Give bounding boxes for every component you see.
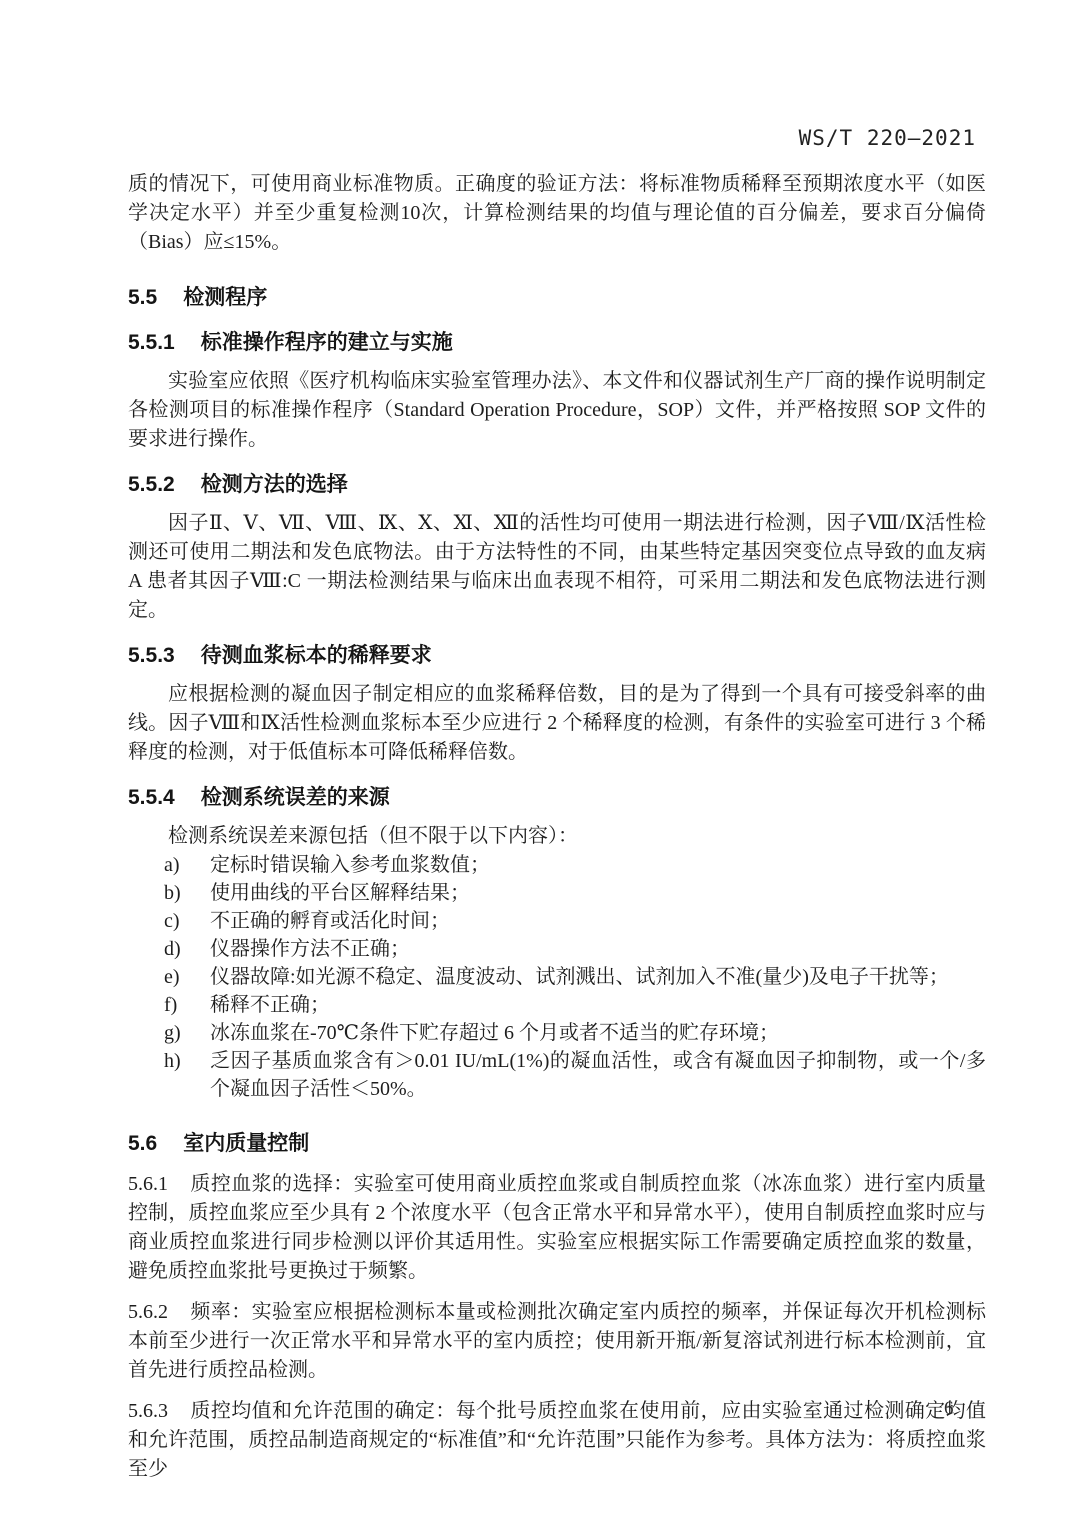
list-item-label: f) [164,991,210,1019]
page-number: 6 [944,1398,954,1420]
list-item-text: 稀释不正确； [210,991,986,1019]
list-item: b) 使用曲线的平台区解释结果； [164,879,986,907]
list-item-text: 使用曲线的平台区解释结果； [210,879,986,907]
list-item-label: g) [164,1019,210,1047]
list-item-text: 不正确的孵育或活化时间； [210,907,986,935]
list-item-label: h) [164,1047,210,1075]
error-source-list: a) 定标时错误输入参考血浆数值； b) 使用曲线的平台区解释结果； c) 不正… [128,851,986,1103]
section-number: 5.6.3 [128,1400,168,1422]
section-title: 室内质量控制 [183,1132,309,1155]
paragraph-5-6-1: 5.6.1质控血浆的选择：实验室可使用商业质控血浆或自制质控血浆（冰冻血浆）进行… [128,1170,986,1286]
section-title: 检测方法的选择 [201,473,348,496]
list-item: g) 冰冻血浆在-70℃条件下贮存超过 6 个月或者不适当的贮存环境； [164,1019,986,1047]
list-item: f) 稀释不正确； [164,991,986,1019]
section-title: 检测系统误差的来源 [201,786,390,809]
continued-paragraph: 质的情况下，可使用商业标准物质。正确度的验证方法：将标准物质稀释至预期浓度水平（… [128,170,986,257]
list-item-label: b) [164,879,210,907]
heading-5-5-2: 5.5.2检测方法的选择 [128,470,986,499]
page-content: 质的情况下，可使用商业标准物质。正确度的验证方法：将标准物质稀释至预期浓度水平（… [128,170,986,1484]
list-item: h) 乏因子基质血浆含有＞0.01 IU/mL(1%)的凝血活性，或含有凝血因子… [164,1047,986,1103]
paragraph-5-6-3: 5.6.3质控均值和允许范围的确定：每个批号质控血浆在使用前，应由实验室通过检测… [128,1397,986,1484]
list-item-text: 定标时错误输入参考血浆数值； [210,851,986,879]
section-title: 标准操作程序的建立与实施 [201,331,453,354]
list-item: e) 仪器故障:如光源不稳定、温度波动、试剂溅出、试剂加入不准(量少)及电子干扰… [164,963,986,991]
heading-5-5-4: 5.5.4检测系统误差的来源 [128,783,986,812]
standard-number-header: WS/T 220—2021 [799,126,976,150]
paragraph-5-5-3: 应根据检测的凝血因子制定相应的血浆稀释倍数，目的是为了得到一个具有可接受斜率的曲… [128,680,986,767]
section-number: 5.6 [128,1132,157,1155]
heading-5-6: 5.6室内质量控制 [128,1129,986,1158]
list-item: c) 不正确的孵育或活化时间； [164,907,986,935]
section-number: 5.5 [128,286,157,309]
list-item-text: 仪器故障:如光源不稳定、温度波动、试剂溅出、试剂加入不准(量少)及电子干扰等； [210,963,986,991]
list-item-label: c) [164,907,210,935]
list-item-text: 冰冻血浆在-70℃条件下贮存超过 6 个月或者不适当的贮存环境； [210,1019,986,1047]
heading-5-5: 5.5检测程序 [128,283,986,312]
list-item-label: a) [164,851,210,879]
paragraph-text: 质控均值和允许范围的确定：每个批号质控血浆在使用前，应由实验室通过检测确定均值和… [128,1400,986,1480]
list-item: d) 仪器操作方法不正确； [164,935,986,963]
paragraph-5-5-1: 实验室应依照《医疗机构临床实验室管理办法》、本文件和仪器试剂生产厂商的操作说明制… [128,367,986,454]
section-number: 5.5.2 [128,473,175,496]
list-item: a) 定标时错误输入参考血浆数值； [164,851,986,879]
list-item-label: d) [164,935,210,963]
section-number: 5.5.3 [128,644,175,667]
paragraph-text: 质控血浆的选择：实验室可使用商业质控血浆或自制质控血浆（冰冻血浆）进行室内质量控… [128,1173,986,1282]
section-number: 5.5.1 [128,331,175,354]
section-number: 5.6.2 [128,1301,168,1323]
paragraph-5-5-2: 因子Ⅱ、Ⅴ、Ⅶ、Ⅷ、Ⅸ、Ⅹ、Ⅺ、Ⅻ的活性均可使用一期法进行检测，因子Ⅷ/Ⅸ活性检… [128,509,986,625]
section-title: 检测程序 [183,286,267,309]
heading-5-5-3: 5.5.3待测血浆标本的稀释要求 [128,641,986,670]
list-item-text: 仪器操作方法不正确； [210,935,986,963]
section-title: 待测血浆标本的稀释要求 [201,644,432,667]
section-number: 5.6.1 [128,1173,168,1195]
paragraph-5-6-2: 5.6.2频率：实验室应根据检测标本量或检测批次确定室内质控的频率，并保证每次开… [128,1298,986,1385]
list-item-label: e) [164,963,210,991]
section-number: 5.5.4 [128,786,175,809]
document-page: WS/T 220—2021 质的情况下，可使用商业标准物质。正确度的验证方法：将… [0,0,1080,1527]
heading-5-5-1: 5.5.1标准操作程序的建立与实施 [128,328,986,357]
paragraph-text: 频率：实验室应根据检测标本量或检测批次确定室内质控的频率，并保证每次开机检测标本… [128,1301,986,1381]
paragraph-5-5-4-lead: 检测系统误差来源包括（但不限于以下内容）： [128,822,986,851]
list-item-text: 乏因子基质血浆含有＞0.01 IU/mL(1%)的凝血活性，或含有凝血因子抑制物… [210,1047,986,1103]
